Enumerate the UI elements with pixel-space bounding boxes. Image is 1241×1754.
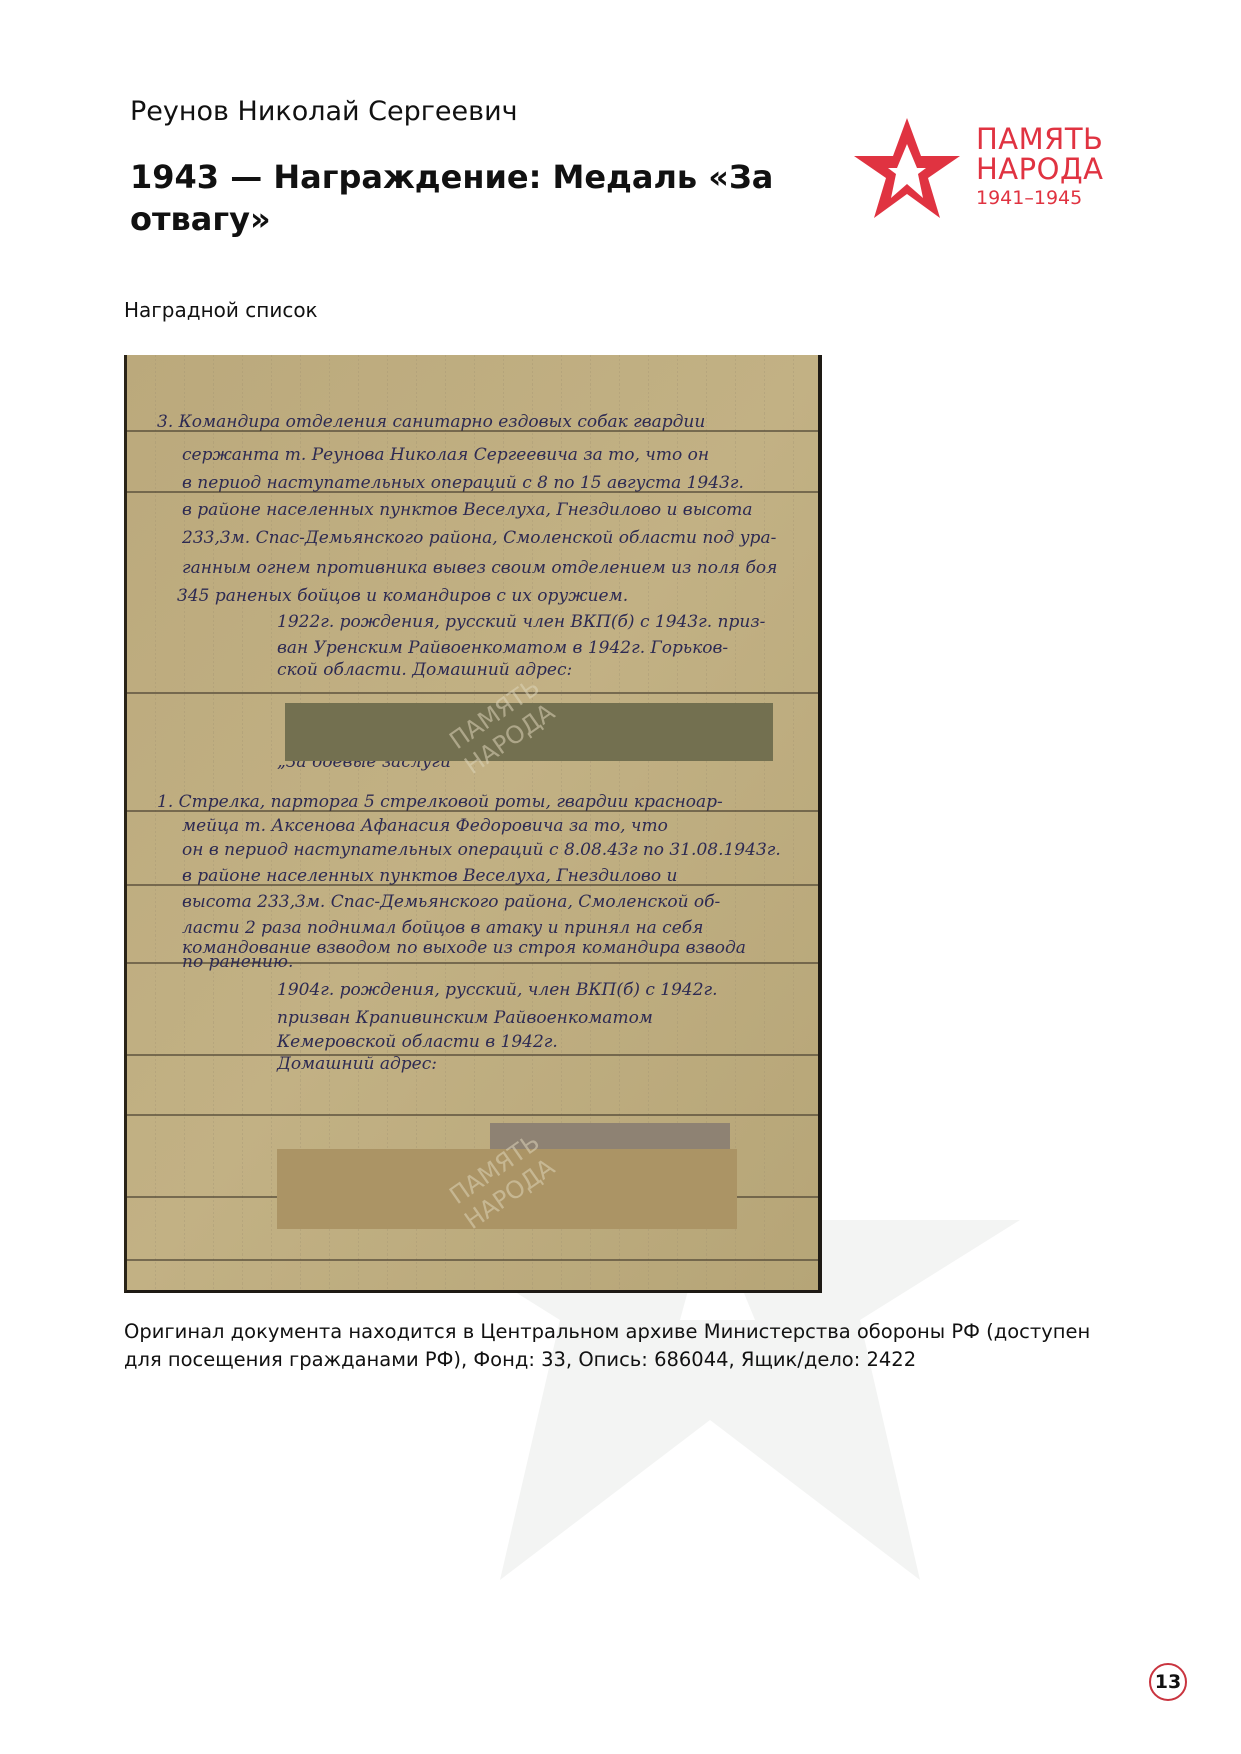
- award-document-scan: 3. Командира отделения санитарно ездовых…: [124, 355, 822, 1293]
- logo-line-1: ПАМЯТЬ: [976, 124, 1103, 154]
- handwritten-line: Домашний адрес:: [276, 1054, 437, 1074]
- document-label: Наградной список: [124, 298, 318, 322]
- handwritten-line: мейца т. Аксенова Афанасия Федоровича за…: [182, 816, 668, 836]
- handwritten-line: по ранению.: [182, 952, 293, 972]
- page-number: 13: [1149, 1663, 1187, 1701]
- handwritten-line: в районе населенных пунктов Веселуха, Гн…: [182, 866, 677, 886]
- handwritten-line: ганным огнем противника вывез своим отде…: [182, 558, 777, 578]
- handwritten-line: ласти 2 раза поднимал бойцов в атаку и п…: [182, 918, 703, 938]
- pamyat-naroda-logo: ПАМЯТЬ НАРОДА 1941–1945: [852, 116, 1122, 222]
- handwritten-line: 3. Командира отделения санитарно ездовых…: [157, 412, 705, 432]
- handwritten-line: 1922г. рождения, русский член ВКП(б) с 1…: [277, 612, 766, 632]
- handwritten-line: 1904г. рождения, русский, член ВКП(б) с …: [277, 980, 718, 1000]
- handwritten-line: ван Уренским Райвоенкоматом в 1942г. Гор…: [277, 638, 728, 658]
- logo-line-2: НАРОДА: [976, 154, 1103, 184]
- logo-years: 1941–1945: [976, 184, 1103, 212]
- red-star-icon: [852, 116, 962, 220]
- handwritten-line: он в период наступательных операций с 8.…: [182, 840, 781, 860]
- handwritten-line: в районе населенных пунктов Веселуха, Гн…: [182, 500, 753, 520]
- handwritten-line: призван Крапивинским Райвоенкоматом: [277, 1008, 653, 1028]
- archive-caption: Оригинал документа находится в Центральн…: [124, 1318, 1124, 1374]
- handwritten-line: 233,3м. Спас-Демьянского района, Смоленс…: [181, 528, 777, 548]
- handwritten-line: Кемеровской области в 1942г.: [276, 1032, 558, 1052]
- document-scan-image: 3. Командира отделения санитарно ездовых…: [127, 355, 818, 1290]
- handwritten-line: 345 раненых бойцов и командиров с их ору…: [177, 586, 628, 606]
- person-name: Реунов Николай Сергеевич: [130, 96, 518, 127]
- handwritten-line: в период наступательных операций с 8 по …: [182, 473, 744, 493]
- handwritten-line: 1. Стрелка, парторга 5 стрелковой роты, …: [157, 792, 723, 812]
- handwritten-line: сержанта т. Реунова Николая Сергеевича з…: [182, 445, 709, 465]
- award-title: 1943 — Награждение: Медаль «За отвагу»: [130, 156, 790, 240]
- handwritten-line: высота 233,3м. Спас-Демьянского района, …: [182, 892, 721, 912]
